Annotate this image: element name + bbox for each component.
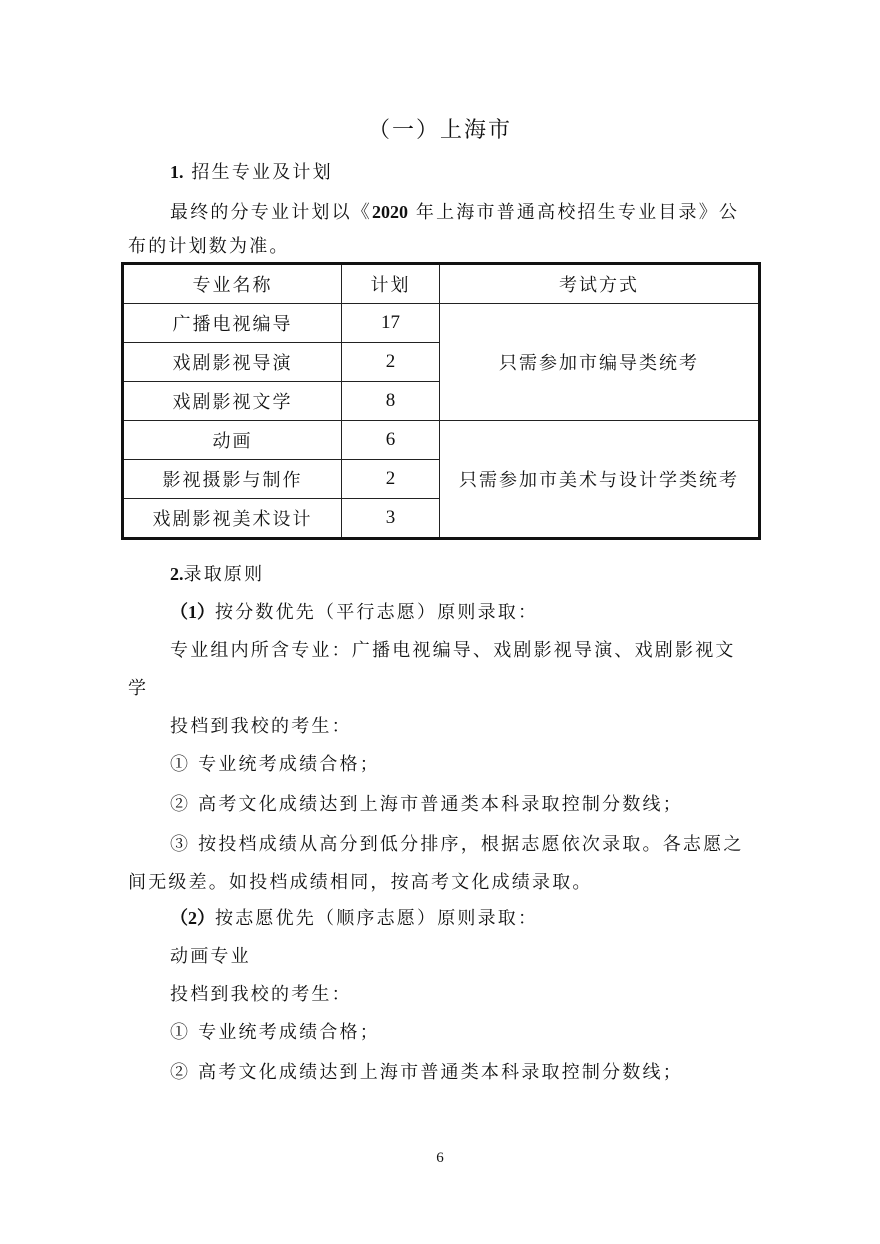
principle1-item-1: ① 专业统考成绩合格； [170,750,380,776]
cell-plan: 3 [342,499,440,539]
cell-plan: 2 [342,343,440,382]
cell-plan: 6 [342,421,440,460]
header-plan: 计划 [342,264,440,304]
cell-major: 广播电视编导 [123,304,342,343]
intro-line-1: 最终的分专业计划以《2020 年上海市普通高校招生专业目录》公 [170,198,739,224]
header-major: 专业名称 [123,264,342,304]
principle2-major: 动画专业 [170,942,251,968]
cell-major: 戏剧影视文学 [123,382,342,421]
principle1-group-line-2: 学 [128,674,148,700]
table-row: 动画 6 只需参加市美术与设计学类统考 [123,421,760,460]
section-title: （一）上海市 [0,113,880,144]
cell-exam-method: 只需参加市编导类统考 [440,304,760,421]
principle1-group-line-1: 专业组内所含专业：广播电视编导、戏剧影视导演、戏剧影视文 [170,636,736,662]
principle1-item-3-line-2: 间无级差。如投档成绩相同，按高考文化成绩录取。 [128,868,593,894]
cell-major: 影视摄影与制作 [123,460,342,499]
principle2-item-1: ① 专业统考成绩合格； [170,1018,380,1044]
table-header-row: 专业名称 计划 考试方式 [123,264,760,304]
principle2-text: 按志愿优先（顺序志愿）原则录取： [215,908,538,929]
cell-major: 戏剧影视美术设计 [123,499,342,539]
heading-enrollment-plan: 1. 招生专业及计划 [170,158,333,184]
intro-suffix: 年上海市普通高校招生专业目录》公 [408,202,739,223]
intro-year: 2020 [372,202,408,222]
heading-admission-principles: 2.录取原则 [170,560,264,586]
principle2-heading: （2）按志愿优先（顺序志愿）原则录取： [170,904,538,930]
cell-plan: 2 [342,460,440,499]
heading-number: 2. [170,564,184,584]
page-number: 6 [0,1150,880,1167]
principle2-candidates-intro: 投档到我校的考生： [170,980,352,1006]
principle1-heading: （1）按分数优先（平行志愿）原则录取： [170,598,538,624]
document-page: （一）上海市 1. 招生专业及计划 最终的分专业计划以《2020 年上海市普通高… [0,0,880,1244]
principle1-candidates-intro: 投档到我校的考生： [170,712,352,738]
principle1-text: 按分数优先（平行志愿）原则录取： [215,602,538,623]
cell-major: 动画 [123,421,342,460]
principle1-item-3-line-1: ③ 按投档成绩从高分到低分排序，根据志愿依次录取。各志愿之 [170,830,744,856]
principle2-number: （2） [170,908,215,928]
cell-plan: 8 [342,382,440,421]
cell-plan: 17 [342,304,440,343]
heading-text: 招生专业及计划 [191,162,332,183]
table-row: 广播电视编导 17 只需参加市编导类统考 [123,304,760,343]
principle2-item-2: ② 高考文化成绩达到上海市普通类本科录取控制分数线； [170,1058,683,1084]
intro-line-2: 布的计划数为准。 [128,232,290,258]
cell-major: 戏剧影视导演 [123,343,342,382]
heading-text: 录取原则 [184,564,265,585]
principle1-item-2: ② 高考文化成绩达到上海市普通类本科录取控制分数线； [170,790,683,816]
cell-exam-method: 只需参加市美术与设计学类统考 [440,421,760,539]
enrollment-plan-table: 专业名称 计划 考试方式 广播电视编导 17 只需参加市编导类统考 戏剧影视导演… [121,262,761,540]
principle1-number: （1） [170,602,215,622]
heading-number: 1. [170,162,184,182]
intro-prefix: 最终的分专业计划以《 [170,202,372,223]
header-exam-method: 考试方式 [440,264,760,304]
